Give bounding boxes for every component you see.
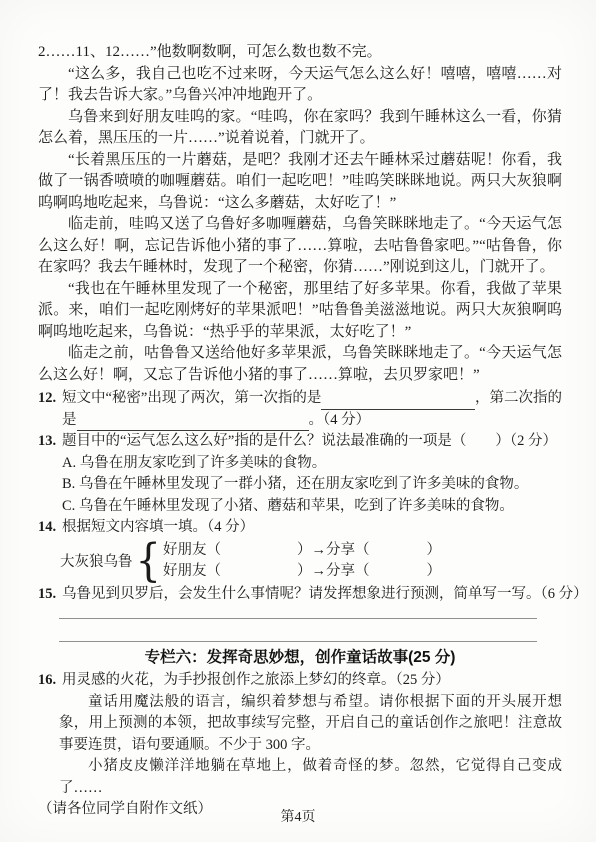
question-13-number: 13. (38, 431, 56, 453)
question-12-blank-2[interactable] (77, 414, 309, 431)
option-c-text: 乌鲁在午睡林里发现了小猪、蘑菇和苹果，吃到了许多美味的食物。 (79, 498, 514, 514)
question-14: 14. 根据短文内容填一填。（4 分） (38, 517, 562, 539)
question-12-number: 12. (38, 388, 56, 410)
question-14-diagram: 大灰狼乌鲁 { 好朋友（）→分享（） 好朋友（）→分享（） (60, 539, 562, 583)
row2-friend-blank[interactable] (221, 565, 297, 575)
question-13-text: 题目中的“运气怎么这么好”指的是什么？说法最准确的一项是（ ）（2 分） (62, 431, 562, 453)
page-content: 2……11、12……”他数啊数啊，可怎么数也数不完。 “这么多，我自己也吃不过来… (38, 42, 562, 821)
row1-share-blank[interactable] (369, 544, 426, 554)
question-13: 13. 题目中的“运气怎么这么好”指的是什么？说法最准确的一项是（ ）（2 分）… (38, 431, 562, 517)
option-c: C. 乌鲁在午睡林里发现了小猪、蘑菇和苹果，吃到了许多美味的食物。 (62, 496, 562, 518)
option-a-text: 乌鲁在朋友家吃到了许多美味的食物。 (80, 455, 327, 471)
passage-paragraph: 临走前，哇呜又送了乌鲁好多咖喱蘑菇，乌鲁笑眯眯地走了。“今天运气怎么这么好！啊，… (38, 214, 562, 279)
question-12-blank-1[interactable] (321, 393, 475, 410)
question-15: 15. 乌鲁见到贝罗后，会发生什么事情呢？请发挥想象进行预测，简单写一写。（6 … (38, 584, 562, 606)
question-16: 16. 用灵感的火花，为手抄报创作之旅添上梦幻的终章。（25 分） (38, 670, 562, 692)
test-paper-page: 2……11、12……”他数啊数啊，可怎么数也数不完。 “这么多，我自己也吃不过来… (0, 0, 596, 842)
page-number: 第4页 (0, 806, 596, 826)
passage-paragraph: “长着黑压压的一片蘑菇，是吧？我刚才还去午睡林采过蘑菇呢！你看，我做了一锅香喷喷… (38, 150, 562, 215)
option-b: B. 乌鲁在午睡林里发现了一群小猪，还在朋友家吃到了许多美味的食物。 (62, 474, 562, 496)
passage-paragraph: 临走之前，咕鲁鲁又送给他好多苹果派，乌鲁笑眯眯地走了。“今天运气怎么这么好！啊，… (38, 343, 562, 386)
diagram-subject: 大灰狼乌鲁 (60, 550, 133, 571)
diagram-rows: 好朋友（）→分享（） 好朋友（）→分享（） (163, 540, 441, 582)
question-15-text: 乌鲁见到贝罗后，会发生什么事情呢？请发挥想象进行预测，简单写一写。（6 分） (62, 584, 562, 606)
question-13-options: A. 乌鲁在朋友家吃到了许多美味的食物。 B. 乌鲁在午睡林里发现了一群小猪，还… (62, 453, 562, 518)
row2-close-paren: ） (426, 563, 441, 579)
row1-friend-label: 好朋友（ (163, 542, 221, 558)
option-a-label: A. (62, 455, 76, 471)
row1-share-label: ）→分享（ (297, 542, 370, 558)
question-16-text: 用灵感的火花，为手抄报创作之旅添上梦幻的终章。（25 分） (62, 670, 562, 692)
question-12-text-4: 。（4 分） (309, 410, 371, 432)
row2-share-blank[interactable] (369, 565, 426, 575)
question-12-line-1: 短文中“秘密”出现了两次，第一次指的是，第二次指的 (62, 388, 562, 410)
left-brace-glyph: { (136, 536, 161, 585)
question-16-number: 16. (38, 670, 56, 692)
question-14-number: 14. (38, 517, 56, 539)
option-b-text: 乌鲁在午睡林里发现了一群小猪，还在朋友家吃到了许多美味的食物。 (79, 476, 529, 492)
section-six-header: 专栏六：发挥奇思妙想，创作童话故事(25 分) (38, 647, 562, 669)
answer-line-2[interactable] (59, 619, 537, 642)
row2-share-label: ）→分享（ (297, 563, 370, 579)
passage-paragraph: 乌鲁来到好朋友哇呜的家。“哇呜，你在家吗？我到午睡林这么一看，你猜怎么着，黑压压… (38, 107, 562, 150)
question-12-text-2: ，第二次指的 (475, 388, 562, 410)
diagram-row-2: 好朋友（）→分享（） (163, 561, 441, 582)
row2-friend-label: 好朋友（ (163, 563, 221, 579)
passage-paragraph: “这么多，我自己也吃不过来呀，今天运气怎么这么好！嘻嘻，嘻嘻……对了！我去告诉大… (38, 64, 562, 107)
question-15-number: 15. (38, 584, 56, 606)
answer-line-1[interactable] (59, 605, 537, 619)
question-12-line-2: 是。（4 分） (62, 410, 562, 432)
question-12: 12. 短文中“秘密”出现了两次，第一次指的是，第二次指的 是。（4 分） (38, 388, 562, 431)
question-16-instructions: 童话用魔法般的语言，编织着梦想与希望。请你根据下面的开头展开想象，用上预测的本领… (59, 692, 562, 800)
option-c-label: C. (62, 498, 75, 514)
diagram-row-1: 好朋友（）→分享（） (163, 540, 441, 561)
question-12-text-3: 是 (62, 410, 77, 432)
row1-friend-blank[interactable] (221, 544, 297, 554)
story-opening-paragraph: 小猪皮皮懒洋洋地躺在草地上，做着奇怪的梦。忽然，它觉得自己变成了…… (59, 756, 562, 799)
instruction-paragraph: 童话用魔法般的语言，编织着梦想与希望。请你根据下面的开头展开想象，用上预测的本领… (59, 692, 562, 757)
question-12-text-1: 短文中“秘密”出现了两次，第一次指的是 (62, 388, 321, 410)
passage-paragraph: “我也在午睡林里发现了一个秘密，那里结了好多苹果。你看，我做了苹果派。来，咱们一… (38, 279, 562, 344)
passage-paragraph: 2……11、12……”他数啊数啊，可怎么数也数不完。 (38, 42, 562, 64)
reading-passage: 2……11、12……”他数啊数啊，可怎么数也数不完。 “这么多，我自己也吃不过来… (38, 42, 562, 386)
option-b-label: B. (62, 476, 75, 492)
option-a: A. 乌鲁在朋友家吃到了许多美味的食物。 (62, 453, 562, 475)
row1-close-paren: ） (426, 542, 441, 558)
